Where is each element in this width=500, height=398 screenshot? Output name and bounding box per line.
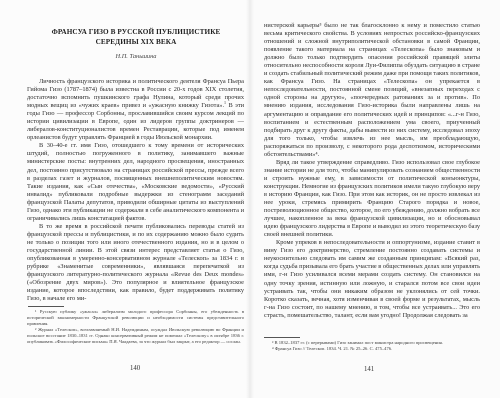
right-body-text: нистерской карьеры³ было не так благоскл…	[264, 22, 480, 320]
paragraph-5: Вряд ли такое утверждение справедливо. Г…	[264, 159, 480, 239]
page-number-left: 140	[130, 365, 140, 372]
footnote-divider	[28, 306, 64, 307]
book-spread: ФРАНСУА ГИЗО В РУССКОЙ ПУБЛИЦИСТИКЕ СЕРЕ…	[0, 0, 500, 398]
paragraph-1: Личность французского историка и политич…	[27, 78, 244, 142]
paragraph-2: В 30–40-е гг. имя Гизо, отошедшего к том…	[27, 142, 244, 222]
footnote-divider	[264, 337, 300, 338]
left-footnotes: ¹ Русскую публику «ужасал» либерализм мо…	[27, 309, 244, 346]
article-title: ФРАНСУА ГИЗО В РУССКОЙ ПУБЛИЦИСТИКЕ СЕРЕ…	[38, 27, 234, 47]
footnote-1: ¹ Русскую публику «ужасал» либерализм мо…	[27, 309, 244, 327]
title-line-1: ФРАНСУА ГИЗО В РУССКОЙ ПУБЛИЦИСТИКЕ	[38, 27, 234, 37]
left-page: ФРАНСУА ГИЗО В РУССКОЙ ПУБЛИЦИСТИКЕ СЕРЕ…	[0, 0, 249, 398]
paragraph-continued: нистерской карьеры³ было не так благоскл…	[264, 22, 480, 159]
book-gutter	[246, 0, 254, 398]
title-line-2: СЕРЕДИНЫ XIX ВЕКА	[38, 37, 234, 47]
footnote-2: ² Журнал «Телескоп», возглавляемый Н.И. …	[27, 327, 244, 345]
footnote-4: ⁴ Франсуа Гизо // Телескоп. 1834. Ч. 21.…	[264, 346, 480, 352]
article-author: Н.П. Таньшина	[38, 53, 234, 60]
paragraph-3: В то же время в российской печати публик…	[27, 223, 244, 303]
page-number-right: 141	[364, 366, 374, 373]
left-body-text: Личность французского историка и политич…	[27, 78, 244, 303]
right-footnotes: ³ В 1832–1837 гг. (с перерывами) Гизо за…	[264, 340, 480, 352]
paragraph-6: Кроме упреков в непоследовательности и о…	[264, 239, 480, 319]
footnote-ref-1: 1	[224, 100, 226, 105]
